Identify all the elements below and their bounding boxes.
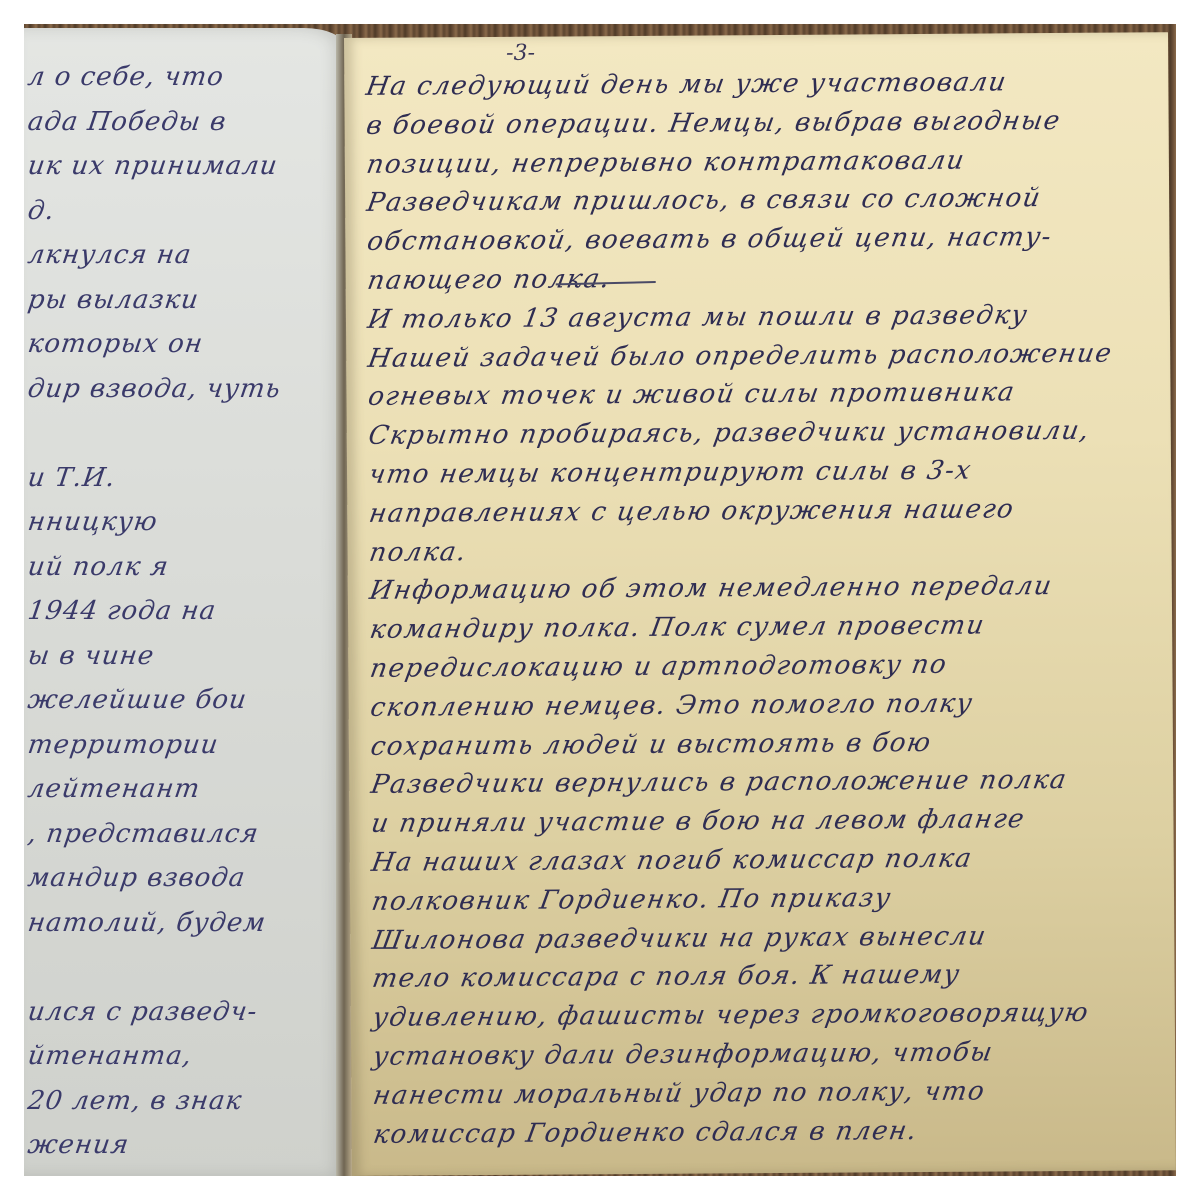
handwritten-line: Разведчикам пришлось, в связи со сложной (365, 184, 1044, 219)
handwritten-line: Информацию об этом немедленно передали (367, 571, 1055, 606)
handwritten-line: На наших глазах погиб комиссар полка (369, 844, 975, 878)
handwritten-line: нанести моральный удар по полку, что (371, 1076, 988, 1110)
left-notebook-page: л о себе, чтоада Победы вик их принимали… (24, 28, 344, 1176)
handwritten-line: скоплению немцев. Это помогло полку (368, 688, 976, 722)
handwritten-line: дир взвода, чуть (26, 374, 283, 404)
handwritten-line: На следующий день мы уже участвовали (364, 67, 1010, 102)
handwritten-line: , представился (26, 819, 261, 849)
notebook-photo: л о себе, чтоада Победы вик их принимали… (24, 24, 1176, 1176)
handwritten-line: полковник Гордиенко. По приказу (369, 883, 893, 917)
handwritten-line: натолий, будем (26, 908, 268, 938)
handwritten-line: территории (26, 730, 221, 760)
handwritten-line: йтенанта, (26, 1041, 194, 1071)
handwritten-line: направлениях с целью окружения нашего (367, 494, 1017, 529)
handwritten-line: в боевой операции. Немцы, выбрав выгодны… (364, 106, 1063, 141)
handwritten-line: жения (26, 1130, 131, 1160)
handwritten-line: позиции, непрерывно контратаковали (364, 145, 967, 179)
handwritten-line: удивлению, фашисты через громкоговорящую (370, 998, 1091, 1033)
handwritten-line: Нашей задачей было определить расположен… (366, 338, 1115, 373)
handwritten-line: обстановкой, воевать в общей цепи, насту… (365, 222, 1055, 257)
handwritten-line: что немцы концентрируют силы в 3-х (367, 456, 975, 490)
right-page-text: На следующий день мы уже участвовалив бо… (366, 52, 1166, 58)
handwritten-line: 20 лет, в знак (26, 1086, 244, 1116)
handwritten-line: передислокацию и артподготовку по (368, 650, 950, 684)
handwritten-line: 1944 года на (26, 596, 218, 626)
handwritten-line: командиру полка. Полк сумел провести (368, 611, 988, 645)
handwritten-line: тело комиссара с поля боя. К нашему (370, 960, 963, 994)
handwritten-line: ры вылазки (26, 285, 201, 315)
handwritten-line: мандир взвода (26, 863, 248, 893)
page-number: -3- (506, 41, 535, 66)
handwritten-line: Шилонова разведчики на руках вынесли (370, 921, 989, 955)
handwritten-line: комиссар Гордиенко сдался в плен. (371, 1116, 920, 1150)
handwritten-line: желейшие бои (26, 685, 249, 715)
right-notebook-page: -3- На следующий день мы уже участвовали… (344, 32, 1176, 1176)
handwritten-line: и приняли участие в бою на левом фланге (369, 804, 1028, 839)
handwritten-line: нницкую (26, 507, 160, 537)
handwritten-line: пающего полка. (365, 264, 613, 296)
handwritten-line: огневых точек и живой силы противника (366, 378, 1018, 413)
handwritten-line: полка. (367, 537, 469, 568)
handwritten-line: которых он (26, 329, 205, 359)
handwritten-line: И только 13 августа мы пошли в разведку (365, 300, 1030, 335)
handwritten-line: д. (26, 196, 57, 226)
handwritten-line: ик их принимали (26, 151, 280, 181)
handwritten-line: л о себе, что (26, 62, 226, 92)
handwritten-line: Скрытно пробираясь, разведчики установил… (366, 416, 1092, 451)
handwritten-line: ий полк я (26, 552, 171, 582)
handwritten-line: сохранить людей и выстоять в бою (368, 727, 934, 761)
handwritten-line: лкнулся на (26, 240, 194, 270)
handwritten-line: ы в чине (26, 641, 156, 671)
handwritten-line: Разведчики вернулись в расположение полк… (369, 765, 1070, 800)
handwritten-line: ада Победы в (26, 107, 229, 137)
handwritten-line: и Т.И. (26, 463, 118, 493)
handwritten-line: лейтенант (26, 774, 202, 804)
handwritten-line: установку дали дезинформацию, чтобы (371, 1037, 996, 1071)
handwritten-line: ился с разведч- (26, 997, 260, 1027)
